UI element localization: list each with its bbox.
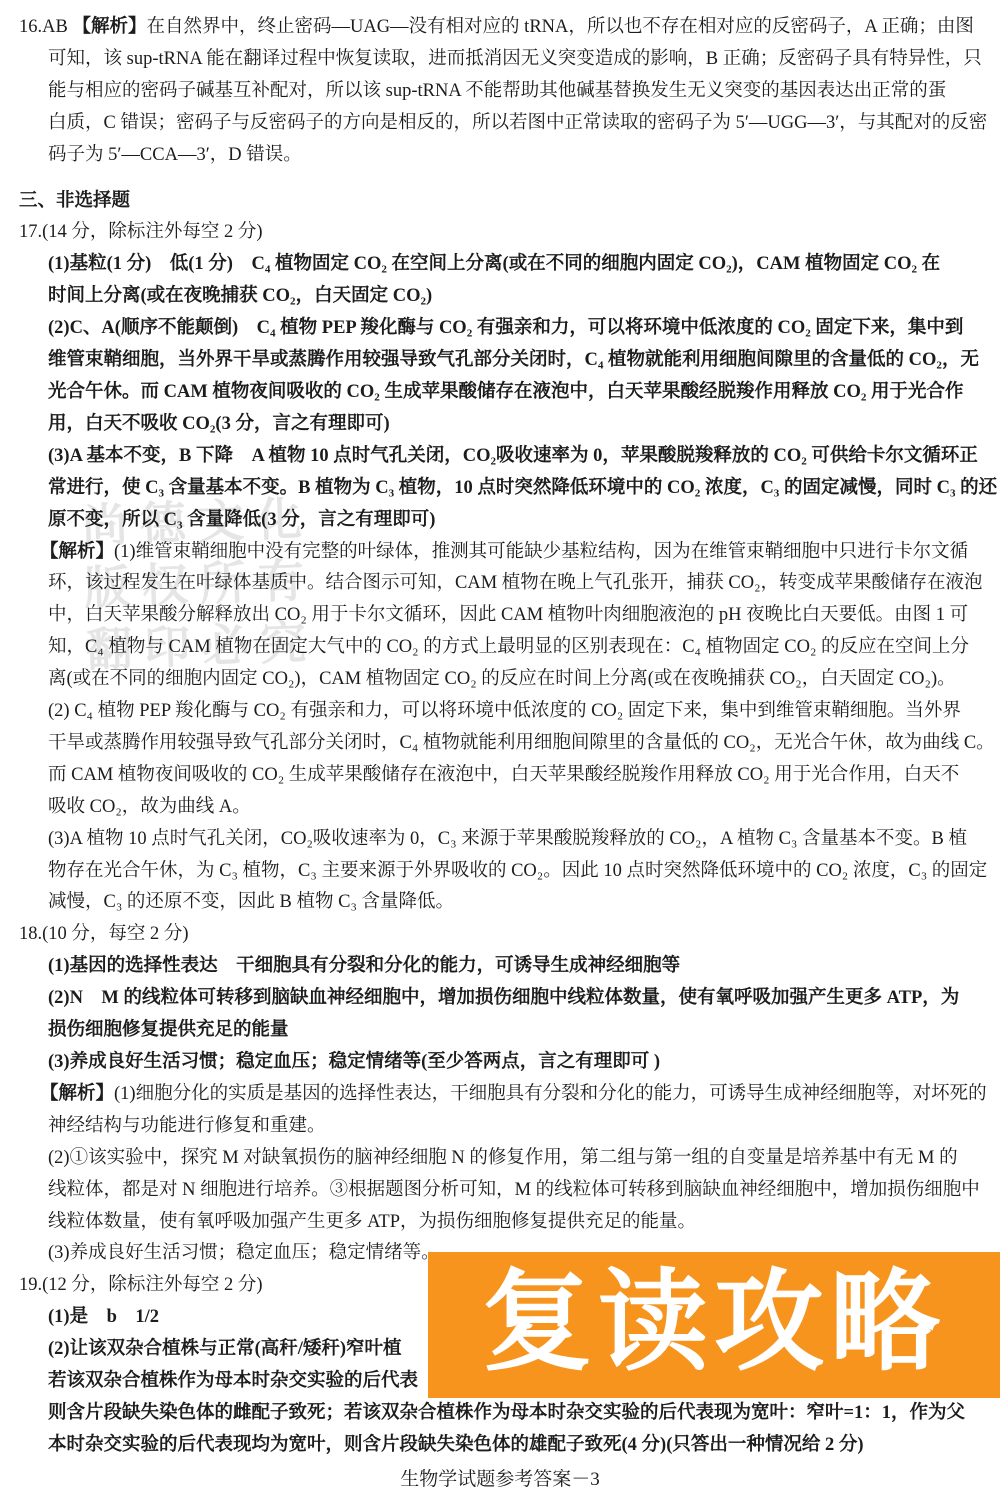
answer-lines: 16.AB 【解析】在自然界中，终止密码—UAG—没有相对应的 tRNA，所以也… <box>19 12 986 1462</box>
text-line: 知，C₄ 植物与 CAM 植物在固定大气中的 CO₂ 的方式上最明显的区别表现在… <box>48 632 986 664</box>
text-line: 16.AB 【解析】在自然界中，终止密码—UAG—没有相对应的 tRNA，所以也… <box>19 12 986 44</box>
page-footer: 生物学试题参考答案－3 <box>0 1464 1000 1491</box>
text-line: (2)C、A(顺序不能颠倒) C₄ 植物 PEP 羧化酶与 CO₂ 有强亲和力，… <box>48 313 986 345</box>
text-line: 原不变，所以 C₃ 含量降低(3 分，言之有理即可) <box>48 505 986 537</box>
text-line: 维管束鞘细胞，当外界干旱或蒸腾作用较强导致气孔部分关闭时，C₄ 植物就能利用细胞… <box>48 345 986 377</box>
text-line: 光合午休。而 CAM 植物夜间吸收的 CO₂ 生成苹果酸储存在液泡中，白天苹果酸… <box>48 377 986 409</box>
text-line: (2)N M 的线粒体可转移到脑缺血神经细胞中，增加损伤细胞中线粒体数量，使有氧… <box>48 983 986 1015</box>
text-line: 17.(14 分，除标注外每空 2 分) <box>19 217 986 249</box>
text-line: 时间上分离(或在夜晚捕获 CO₂，白天固定 CO₂) <box>48 281 986 313</box>
text-line: 中，白天苹果酸分解释放出 CO₂ 用于卡尔文循环，因此 CAM 植物叶肉细胞液泡… <box>48 600 986 632</box>
text-line: 【解析】(1)细胞分化的实质是基因的选择性表达，干细胞具有分裂和分化的能力，可诱… <box>40 1079 986 1111</box>
text-line: 码子为 5′—CCA—3′，D 错误。 <box>48 140 986 172</box>
text-line: 白质，C 错误；密码子与反密码子的方向是相反的，所以若图中正常读取的密码子为 5… <box>48 108 986 140</box>
text-line: 离(或在不同的细胞内固定 CO₂)，CAM 植物固定 CO₂ 的反应在时间上分离… <box>48 664 986 696</box>
promo-banner: 复读攻略 <box>428 1252 1000 1398</box>
text-line: 环，该过程发生在叶绿体基质中。结合图示可知，CAM 植物在晚上气孔张开，捕获 C… <box>48 568 986 600</box>
text-line: 干旱或蒸腾作用较强导致气孔部分关闭时，C₄ 植物就能利用细胞间隙里的含量低的 C… <box>48 728 986 760</box>
text-line: (1)基粒(1 分) 低(1 分) C₄ 植物固定 CO₂ 在空间上分离(或在不… <box>48 249 986 281</box>
text-line: 可知，该 sup-tRNA 能在翻译过程中恢复读取，进而抵消因无义突变造成的影响… <box>48 44 986 76</box>
text-line: 而 CAM 植物夜间吸收的 CO₂ 生成苹果酸储存在液泡中，白天苹果酸经脱羧作用… <box>48 760 986 792</box>
text-line: 用，白天不吸收 CO₂(3 分，言之有理即可) <box>48 409 986 441</box>
text-line: 线粒体，都是对 N 细胞进行培养。③根据题图分析可知，M 的线粒体可转移到脑缺血… <box>48 1175 986 1207</box>
text-line: (2) C₄ 植物 PEP 羧化酶与 CO₂ 有强亲和力，可以将环境中低浓度的 … <box>48 696 986 728</box>
text-line: (2)①该实验中，探究 M 对缺氧损伤的脑神经细胞 N 的修复作用，第二组与第一… <box>48 1143 986 1175</box>
text-line: 吸收 CO₂，故为曲线 A。 <box>48 792 986 824</box>
document-page: 尚德文化 版权所有 翻印必究 16.AB 【解析】在自然界中，终止密码—UAG—… <box>0 0 1000 1509</box>
text-line: (3)A 基本不变，B 下降 A 植物 10 点时气孔关闭，CO₂吸收速率为 0… <box>48 441 986 473</box>
text-line: 减慢，C₃ 的还原不变，因此 B 植物 C₃ 含量降低。 <box>48 887 986 919</box>
text-line: 本时杂交实验的后代表现均为宽叶，则含片段缺失染色体的雄配子致死(4 分)(只答出… <box>48 1430 986 1462</box>
text-line: 18.(10 分，每空 2 分) <box>19 919 986 951</box>
text-line: (3)养成良好生活习惯；稳定血压；稳定情绪等(至少答两点，言之有理即可 ) <box>48 1047 986 1079</box>
text-line: (1)基因的选择性表达 干细胞具有分裂和分化的能力，可诱导生成神经细胞等 <box>48 951 986 983</box>
text-line: (3)A 植物 10 点时气孔关闭，CO₂吸收速率为 0，C₃ 来源于苹果酸脱羧… <box>48 824 986 856</box>
text-line: 线粒体数量，使有氧呼吸加强产生更多 ATP，为损伤细胞修复提供充足的能量。 <box>48 1207 986 1239</box>
promo-banner-text: 复读攻略 <box>482 1268 946 1382</box>
text-line: 常进行，使 C₃ 含量基本不变。B 植物为 C₃ 植物，10 点时突然降低环境中… <box>48 473 986 505</box>
text-line: 能与相应的密码子碱基互补配对，所以该 sup-tRNA 不能帮助其他碱基替换发生… <box>48 76 986 108</box>
text-line: 损伤细胞修复提供充足的能量 <box>48 1015 986 1047</box>
text-line: 则含片段缺失染色体的雌配子致死；若该双杂合植株作为母本时杂交实验的后代表现为宽叶… <box>48 1398 986 1430</box>
text-line: 神经结构与功能进行修复和重建。 <box>48 1111 986 1143</box>
text-line: 【解析】(1)维管束鞘细胞中没有完整的叶绿体，推测其可能缺少基粒结构，因为在维管… <box>40 537 986 569</box>
text-line: 三、非选择题 <box>19 186 986 218</box>
text-line: 物存在光合午休，为 C₃ 植物，C₃ 主要来源于外界吸收的 CO₂。因此 10 … <box>48 856 986 888</box>
